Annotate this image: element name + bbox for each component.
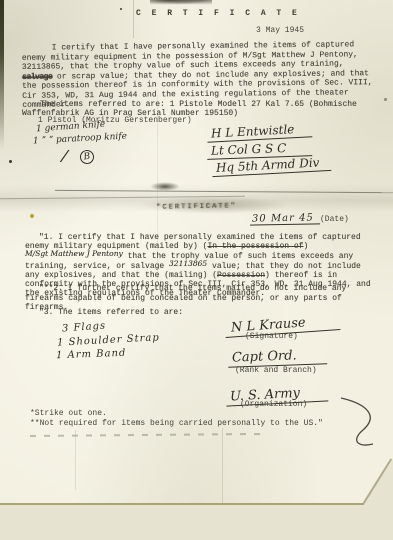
top-edge-marks (150, 0, 212, 5)
cert2-handwritten-name: M/Sgt Matthew J Pentony (25, 249, 123, 258)
cert2-title: "CERTIFICATE" (156, 202, 237, 211)
cert2-organization-label: (Organization) (240, 400, 307, 409)
cert2-paragraph-3: "3. The items referred to are: (25, 308, 325, 318)
footnote-not-required: **Not required for items being carried p… (30, 419, 323, 428)
cert1-para-text: I certify that I have personally examine… (22, 40, 358, 71)
cert2-p1-text: ) (303, 242, 308, 251)
cert1-pen-slash: / (61, 146, 69, 166)
cert2-signature-label: (Signature) (245, 332, 298, 341)
cert1-struck-word: salvage (22, 72, 52, 81)
fold-line-bottom-left (75, 430, 76, 490)
cert1-signature-name: H L Entwistle (207, 121, 313, 142)
stain-speck (30, 214, 34, 218)
cert1-circled-initial: B (79, 149, 95, 165)
fold-line-bottom-right (222, 428, 223, 504)
cert2-handwritten-item: 1 Shoulder Strap (57, 332, 160, 348)
scanned-certificate-page: C E R T I F I C A T E 3 May 1945 I certi… (0, 0, 393, 540)
cert1-date: 3 May 1945 (256, 26, 304, 35)
cert2-rank-branch-label: (Rank and Branch) (235, 366, 317, 375)
paper-sheet: C E R T I F I C A T E 3 May 1945 I certi… (0, 0, 393, 540)
left-edge-shadow (0, 0, 4, 150)
footnote-strike-out: *Strike out one. (30, 409, 107, 418)
stain-speck (384, 98, 387, 101)
cert2-handwritten-serial: 32113865 (169, 259, 207, 268)
fold-line-top (133, 0, 134, 38)
cert2-struck-phrase-2: Possession (217, 271, 265, 280)
crease-blob (150, 182, 180, 191)
cert2-struck-phrase-1: In the possession of (207, 242, 303, 251)
cert1-title: C E R T I F I C A T E (136, 9, 300, 18)
paper-bottom-edge (0, 503, 364, 505)
cert2-handwritten-item: 1 Arm Band (56, 348, 127, 361)
cert1-handwritten-note-2: 1 ˮ ˮ paratroop knife (33, 132, 127, 147)
cert2-date-value: 30 Mar 45 (250, 212, 320, 225)
stain-speck (9, 160, 12, 163)
cert2-handwritten-item: 3 Flags (62, 320, 107, 334)
stain-speck (120, 8, 122, 10)
pen-flourish (333, 396, 393, 454)
cert2-date-label: (Date) (320, 215, 349, 224)
cert2-rank-branch: Capt Ord. (228, 347, 327, 367)
smudge-line (30, 433, 265, 437)
